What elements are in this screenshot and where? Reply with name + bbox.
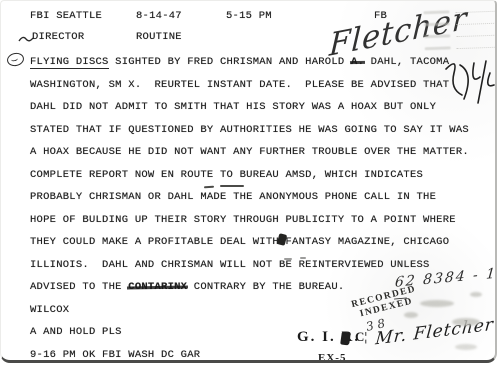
originating-office: FBI SEATTLE bbox=[30, 10, 102, 22]
message-date: 8-14-47 bbox=[136, 10, 182, 22]
teletype-text-segment: ILLINOIS. DAHL AND CHRISMAN WILL NOT BE … bbox=[30, 259, 430, 271]
scan-smudge bbox=[404, 312, 418, 318]
pencil-dash-mark bbox=[300, 257, 306, 259]
teletype-text-segment: THEY COULD MAKE A PROFITABLE DEAL WITH F… bbox=[30, 236, 449, 248]
teletype-body: FLYING DISCS SIGHTED BY FRED CHRISMAN AN… bbox=[30, 51, 500, 366]
ink-splotch bbox=[340, 331, 351, 345]
addressee: DIRECTOR bbox=[32, 31, 84, 43]
teletype-line: A HOAX BECAUSE HE DID NOT WANT ANY FURTH… bbox=[30, 141, 500, 164]
ex-stamp: EX-5 bbox=[318, 352, 346, 364]
pencil-dash-mark bbox=[284, 258, 292, 260]
teletype-text-segment: SIGHTED BY FRED CHRISMAN AND HAROLD bbox=[109, 56, 351, 68]
scan-smudge bbox=[452, 318, 480, 326]
teletype-line: PROBABLY CHRISMAN OR DAHL MADE THE ANONY… bbox=[30, 186, 500, 209]
scan-smudge bbox=[420, 300, 454, 307]
teletype-text-segment: HOPE OF BULDING UP THEIR STORY THROUGH P… bbox=[30, 214, 456, 226]
teletype-text-segment: A AND HOLD PLS bbox=[30, 326, 122, 338]
checkmark-scribble-icon bbox=[18, 34, 34, 44]
teletype-text-segment: DAHL, TACOMA bbox=[364, 56, 449, 68]
scanned-teletype-page: FBI SEATTLE 8-14-47 5-15 PM FB DIRECTOR … bbox=[0, 0, 504, 369]
pencil-dash-mark bbox=[220, 185, 244, 187]
gir-stamp: G. I. R. bbox=[297, 329, 360, 346]
gir-stamp-suffix: C¦ bbox=[355, 329, 367, 345]
circled-initial-mark bbox=[6, 51, 25, 67]
teletype-text-segment: A HOAX BECAUSE HE DID NOT WANT ANY FURTH… bbox=[30, 146, 469, 158]
teletype-text-segment: CONTRARY BY THE BUREAU. bbox=[187, 281, 344, 293]
routing-list-fragment bbox=[423, 3, 497, 53]
handwritten-initials-scribble bbox=[440, 55, 500, 115]
teletype-line: 9-16 PM OK FBI WASH DC GAR bbox=[30, 344, 500, 367]
teletype-line: STATED THAT IF QUESTIONED BY AUTHORITIES… bbox=[30, 119, 500, 142]
teletype-text-segment: WASHINGTON, SM X. REURTEL INSTANT DATE. … bbox=[30, 79, 449, 91]
teletype-text-segment: CONTARINX bbox=[128, 281, 187, 293]
teletype-text-segment: DAHL DID NOT ADMIT TO SMITH THAT HIS STO… bbox=[30, 101, 436, 113]
message-time: 5-15 PM bbox=[226, 10, 272, 22]
precedence: ROUTINE bbox=[136, 31, 182, 43]
teletype-text-segment: ADVISED TO THE bbox=[30, 281, 128, 293]
teletype-text-segment: WILCOX bbox=[30, 304, 69, 316]
teletype-line: WASHINGTON, SM X. REURTEL INSTANT DATE. … bbox=[30, 74, 500, 97]
teletype-text-segment: PROBABLY CHRISMAN OR DAHL MADE THE ANONY… bbox=[30, 191, 436, 203]
scan-smudge bbox=[455, 344, 477, 350]
teletype-line: COMPLETE REPORT NOW EN ROUTE TO BUREAU A… bbox=[30, 164, 500, 187]
teletype-text-segment: COMPLETE REPORT NOW EN ROUTE TO BUREAU A… bbox=[30, 169, 423, 181]
teletype-text-segment: 9-16 PM OK FBI WASH DC GAR bbox=[30, 349, 200, 361]
scan-smudge bbox=[470, 292, 482, 297]
teletype-line: THEY COULD MAKE A PROFITABLE DEAL WITH F… bbox=[30, 231, 500, 254]
teletype-line: FLYING DISCS SIGHTED BY FRED CHRISMAN AN… bbox=[30, 51, 500, 74]
teletype-text-segment: FLYING DISCS bbox=[30, 56, 109, 69]
teletype-line: HOPE OF BULDING UP THEIR STORY THROUGH P… bbox=[30, 209, 500, 232]
teletype-line: DAHL DID NOT ADMIT TO SMITH THAT HIS STO… bbox=[30, 96, 500, 119]
teletype-text-segment: STATED THAT IF QUESTIONED BY AUTHORITIES… bbox=[30, 124, 469, 136]
